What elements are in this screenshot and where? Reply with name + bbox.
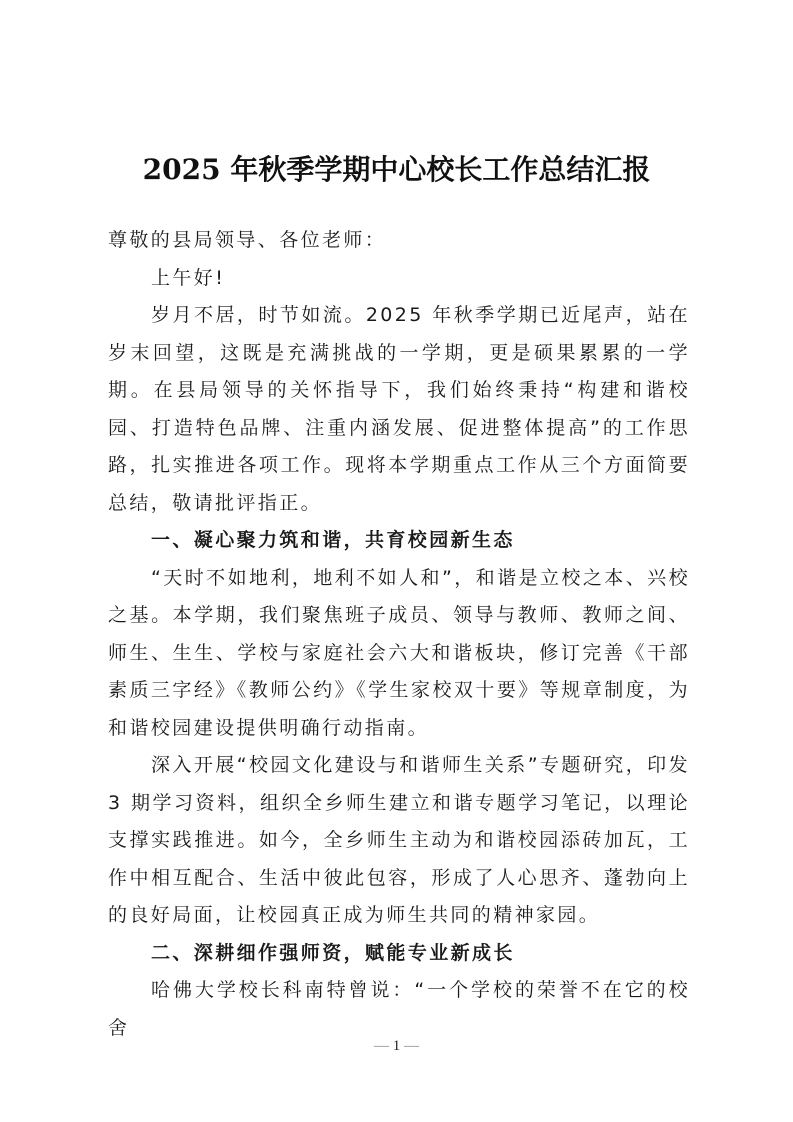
paragraph-section1-1: “天时不如地利，地利不如人和”，和谐是立校之本、兴校之基。本学期，我们聚焦班子成… [108, 560, 690, 748]
page-number: 1 [393, 1038, 401, 1054]
document-page: 2025 年秋季学期中心校长工作总结汇报 尊敬的县局领导、各位老师： 上午好! … [0, 0, 793, 1122]
paragraph-section1-2: 深入开展“校园文化建设与和谐师生关系”专题研究，印发 3 期学习资料，组织全乡师… [108, 747, 690, 935]
footer-dash-left: — [374, 1038, 389, 1054]
document-title: 2025 年秋季学期中心校长工作总结汇报 [0, 150, 793, 190]
page-footer: — 1 — [0, 1038, 793, 1055]
section-heading-1: 一、凝心聚力筑和谐，共育校园新生态 [108, 522, 690, 560]
section-heading-2: 二、深耕细作强师资，赋能专业新成长 [108, 935, 690, 973]
greeting: 上午好! [108, 260, 690, 298]
paragraph-section2-1: 哈佛大学校长科南特曾说：“一个学校的荣誉不在它的校舍 [108, 972, 690, 1047]
document-body: 尊敬的县局领导、各位老师： 上午好! 岁月不居，时节如流。2025 年秋季学期已… [108, 222, 690, 1047]
footer-dash-right: — [404, 1038, 419, 1054]
salutation: 尊敬的县局领导、各位老师： [108, 222, 690, 260]
paragraph-intro: 岁月不居，时节如流。2025 年秋季学期已近尾声，站在岁末回望，这既是充满挑战的… [108, 297, 690, 522]
